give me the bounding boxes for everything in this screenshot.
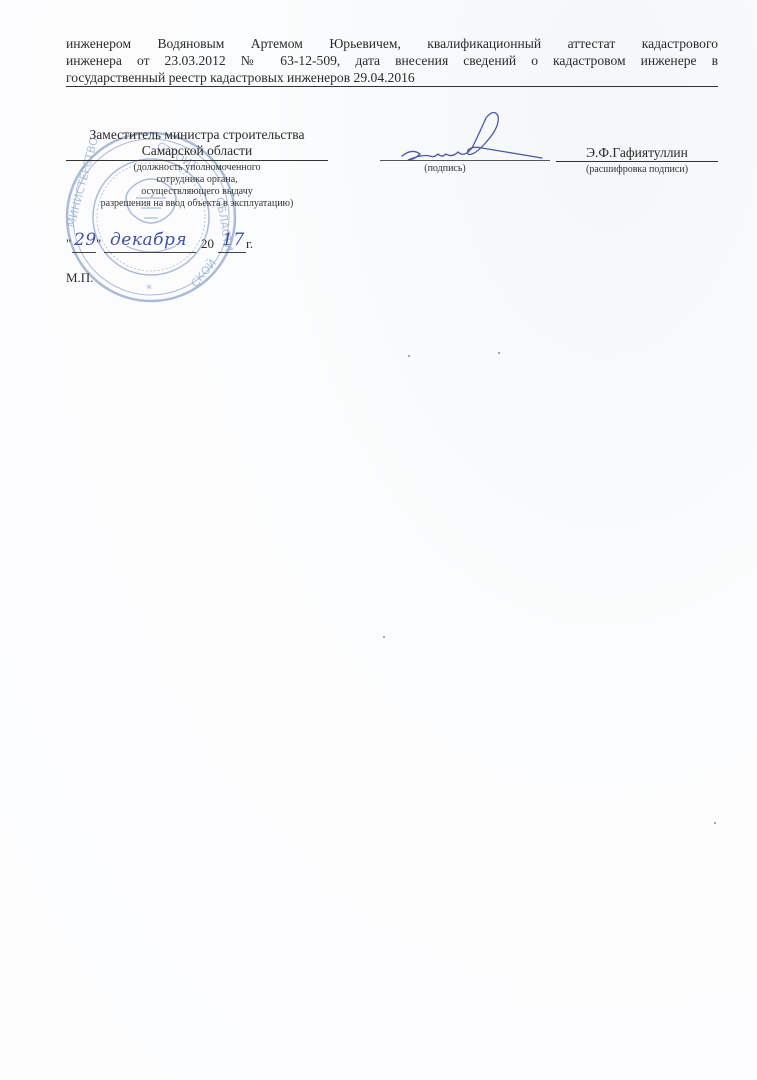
position-caption: (должность уполномоченного сотрудника ор… (66, 162, 328, 210)
signature-block: (подпись) (380, 160, 550, 175)
paragraph-line: государственный реестр кадастровых инжен… (66, 69, 718, 86)
date-month: декабря (110, 230, 187, 250)
signature-underline (380, 160, 550, 161)
scan-speck (498, 352, 500, 354)
scan-speck (383, 636, 385, 638)
date-year-unit: г. (246, 236, 253, 252)
date-close-quote: " (96, 236, 101, 252)
issue-date: " 29 " декабря 20 17 г. (66, 234, 286, 254)
date-day: 29 (74, 230, 97, 250)
signatory-position-block: Заместитель министра строительства Самар… (66, 127, 328, 210)
engineer-paragraph: инженером Водяновым Артемом Юрьевичем, к… (66, 35, 718, 86)
paragraph-line: инженером Водяновым Артемом Юрьевичем, к… (66, 35, 718, 52)
name-caption: (расшифровка подписи) (556, 164, 718, 176)
date-open-quote: " (66, 236, 71, 252)
position-title-line2: Самарской области (66, 143, 328, 159)
scan-speck (408, 355, 410, 357)
scan-speck (714, 822, 716, 824)
paragraph-line: инженера от 23.03.2012 № 63-12-509, дата… (66, 52, 718, 69)
signatory-name: Э.Ф.Гафиятуллин (556, 145, 718, 161)
date-year-prefix: 20 (201, 236, 214, 252)
date-year-suffix: 17 (222, 230, 245, 250)
seal-place-label: М.П. (66, 270, 93, 286)
svg-text:*: * (146, 282, 152, 296)
position-title-line1: Заместитель министра строительства (66, 127, 328, 143)
document-page: инженером Водяновым Артемом Юрьевичем, к… (0, 0, 757, 1080)
signatory-name-block: Э.Ф.Гафиятуллин (расшифровка подписи) (556, 145, 718, 176)
name-underline (556, 161, 718, 162)
paragraph-underline (66, 86, 718, 87)
position-underline (66, 160, 328, 161)
signature-caption: (подпись) (380, 163, 550, 175)
